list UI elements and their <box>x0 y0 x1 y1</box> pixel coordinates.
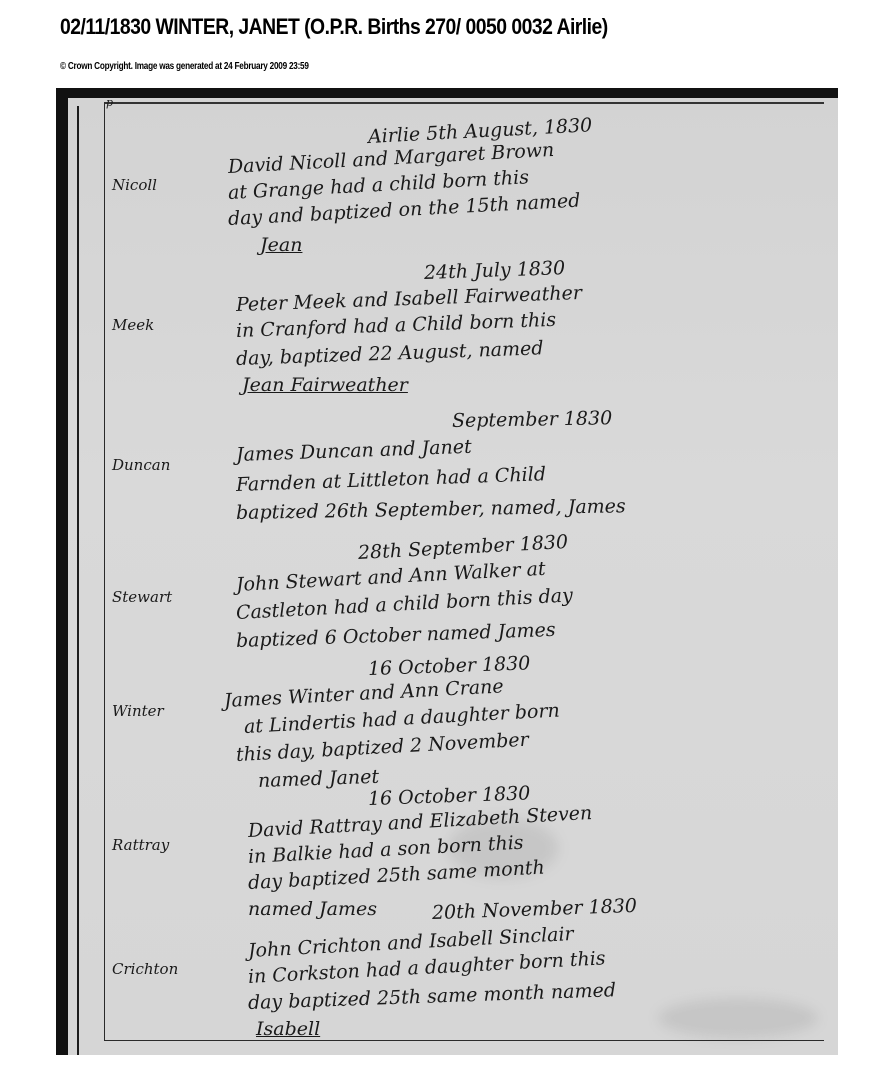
margin-surname: Duncan <box>112 456 170 474</box>
entry-child-name: named James <box>248 898 377 920</box>
margin-surname: Rattray <box>112 836 169 854</box>
register-page-scan: p Airlie 5th August, 1830 Nicoll David N… <box>56 88 838 1055</box>
margin-surname: Crichton <box>112 960 178 978</box>
margin-surname: Nicoll <box>112 176 157 194</box>
entry-child-name: Isabell <box>256 1018 320 1040</box>
ink-smudge <box>658 998 818 1038</box>
entry-child-name: Jean <box>260 234 302 256</box>
entry-date: September 1830 <box>452 407 613 432</box>
paper: p Airlie 5th August, 1830 Nicoll David N… <box>68 98 838 1055</box>
entry-child-name-janet: named Janet <box>258 766 380 792</box>
page-edge-line <box>77 106 79 1055</box>
entry-child-name: Jean Fairweather <box>242 374 408 396</box>
margin-surname: Stewart <box>112 588 172 606</box>
page-marker: p <box>106 96 113 109</box>
copyright-notice: © Crown Copyright. Image was generated a… <box>60 61 309 72</box>
margin-surname: Meek <box>112 316 154 334</box>
margin-surname-highlight: Winter <box>112 702 164 720</box>
record-title: 02/11/1830 WINTER, JANET (O.P.R. Births … <box>60 14 608 40</box>
